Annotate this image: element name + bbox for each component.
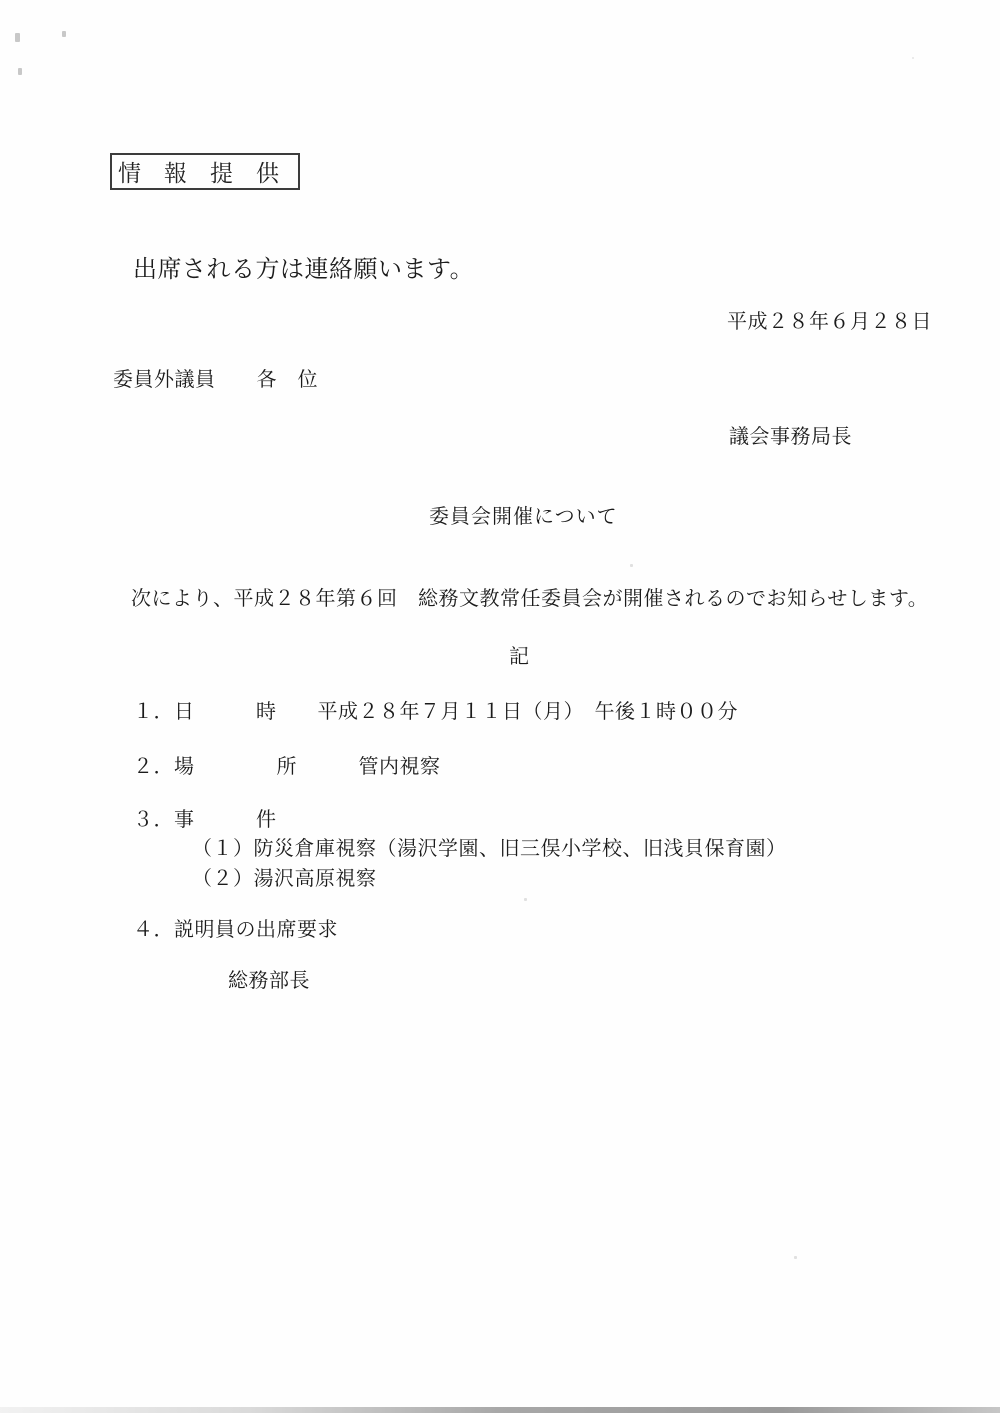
scanned-document-page: 情 報 提 供 出席される方は連絡願います。 平成２８年６月２８日 委員外議員 …: [0, 0, 1000, 1413]
scan-speck: [15, 33, 20, 42]
sender-line: 議会事務局長: [729, 424, 852, 448]
agenda-sub-item-1: （１）防災倉庫視察（湯沢学園、旧三俣小学校、旧浅貝保育園）: [192, 836, 787, 860]
attendee-line: 総務部長: [228, 968, 310, 992]
info-stamp-text: 情 報 提 供: [112, 155, 279, 188]
scan-speck: [912, 57, 914, 59]
body-text: 次により、平成２８年第６回 総務文教常任委員会が開催されるのでお知らせします。: [131, 586, 928, 610]
recipient-line: 委員外議員 各 位: [113, 367, 318, 391]
scan-speck: [794, 1256, 797, 1259]
record-marker: 記: [509, 644, 530, 668]
document-title: 委員会開催について: [429, 504, 618, 528]
scan-speck: [62, 31, 66, 37]
scan-speck: [630, 564, 633, 567]
item-agenda: ３．事 件: [133, 807, 277, 831]
document-date: 平成２８年６月２８日: [727, 309, 932, 333]
notice-text: 出席される方は連絡願います。: [133, 255, 474, 284]
agenda-sub-item-2: （２）湯沢高原視察: [192, 866, 377, 890]
item-attendance-request: ４．説明員の出席要求: [133, 917, 338, 941]
item-place: ２．場 所 管内視察: [133, 754, 441, 778]
scan-speck: [18, 68, 22, 75]
info-stamp-box: 情 報 提 供: [110, 153, 300, 190]
scan-bottom-edge: [0, 1407, 1000, 1413]
scan-speck: [524, 898, 527, 901]
item-datetime: １．日 時 平成２８年７月１１日（月） 午後１時００分: [133, 699, 738, 723]
